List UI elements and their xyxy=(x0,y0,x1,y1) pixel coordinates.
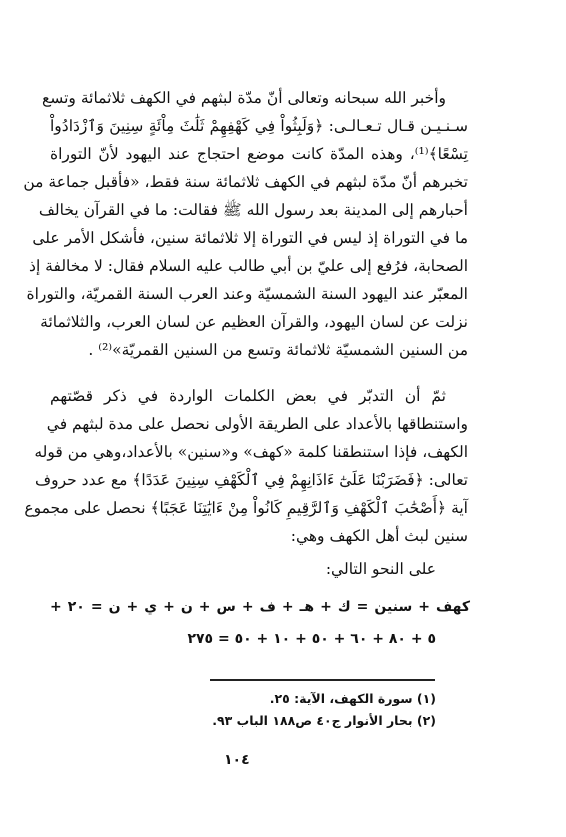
text-line: نزلت عن لسان اليهود، والقرآن العظيم عن ل… xyxy=(50,308,468,336)
text-line-quran-verse: سـنـيـن قـال تـعـالـى: ﴿وَلَبِثُواْ فِي … xyxy=(50,112,468,140)
text-line-quran-verse: تعالى: ﴿فَضَرَبْنَا عَلَىٰٓ ءَاذَانِهِمْ… xyxy=(50,466,468,494)
text-line: تخبرهم أنّ مدّة لبثهم في الكهف ثلاثمائة … xyxy=(50,168,468,196)
text-line-quran-verse: آية ﴿أَصْحَٰبَ ٱلْكَهْفِ وَٱلرَّقِيمِ كَ… xyxy=(50,494,468,522)
text-line: سنين لبث أهل الكهف وهي: xyxy=(50,522,468,550)
equation-intro: على النحو التالي: xyxy=(326,560,436,578)
text-line: أحبارهم إلى المدينة بعد رسول الله ﷺ فقال… xyxy=(50,196,468,224)
equation-line-2: ٥ + ٨٠ + ٦٠ + ٥٠ + ١٠ + ٥٠ = ٢٧٥ xyxy=(187,631,436,647)
book-page: وأخبر الله سبحانه وتعالى أنّ مدّة لبثهم … xyxy=(0,0,566,837)
paragraph-numeric-reflection: ثمّ أن التدبّر في بعض الكلمات الواردة في… xyxy=(50,382,468,550)
page-number: ١٠٤ xyxy=(224,752,250,768)
text-line: الصحابة، فرُفع إلى عليّ بن أبي طالب عليه… xyxy=(50,252,468,280)
footnotes: (١) سورة الكهف، الآية: ٢٥. (٢) بحار الأن… xyxy=(212,688,436,732)
footnote-divider xyxy=(210,679,435,681)
text-line: من السنين الشمسيّة ثلاثمائة وتسع من السن… xyxy=(50,336,468,364)
text-line: ما في التوراة إذ ليس في التوراة إلا ثلاث… xyxy=(50,224,468,252)
footnote-1: (١) سورة الكهف، الآية: ٢٥. xyxy=(212,688,436,710)
text-line: المعبّر عند اليهود السنة الشمسيّة وعند ا… xyxy=(50,280,468,308)
paragraph-lifespan-in-cave: وأخبر الله سبحانه وتعالى أنّ مدّة لبثهم … xyxy=(50,84,468,364)
text-line: ثمّ أن التدبّر في بعض الكلمات الواردة في… xyxy=(50,382,468,410)
text-line: الكهف، فإذا استنطقنا كلمة «كهف» و«سنين» … xyxy=(50,438,468,466)
equation-line-1: كهف + سنين = ك + هـ + ف + س + ن + ي + ن … xyxy=(50,599,470,615)
text-line: واستنطاقها بالأعداد على الطريقة الأولى ن… xyxy=(50,410,468,438)
text-line: وأخبر الله سبحانه وتعالى أنّ مدّة لبثهم … xyxy=(50,84,468,112)
footnote-2: (٢) بحار الأنوار ج٤٠ ص١٨٨ الباب ٩٣. xyxy=(212,710,436,732)
text-line: تِسْعًا﴾⁽¹⁾، وهذه المدّة كانت موضع احتجا… xyxy=(50,140,468,168)
